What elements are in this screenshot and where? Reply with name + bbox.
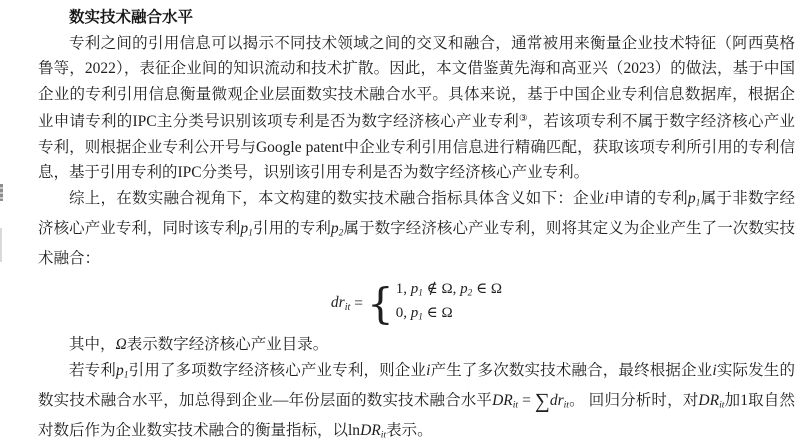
scan-artifact-dark: [0, 184, 3, 201]
paragraph-definition: 综上，在数实融合视角下，本文构建的数实技术融合指标具体含义如下：企业i申请的专利…: [38, 186, 795, 272]
paragraph-patent-citation: 专利之间的引用信息可以揭示不同技术领域之间的交叉和融合，通常被用来衡量企业技术特…: [38, 31, 795, 186]
text-column: 数实技术融合水平 专利之间的引用信息可以揭示不同技术领域之间的交叉和融合，通常被…: [38, 5, 795, 447]
formula-lhs: drit: [331, 294, 350, 313]
formula-equals: =: [354, 295, 363, 313]
formula-brace-icon: {: [367, 286, 394, 322]
paragraph-omega-note: 其中，Ω表示数字经济核心产业目录。: [38, 332, 795, 357]
formula-case-1: 1, p1 ∉ Ω, p2 ∈ Ω: [396, 280, 502, 304]
scan-artifact-light: [0, 228, 2, 262]
document-page: 数实技术融合水平 专利之间的引用信息可以揭示不同技术领域之间的交叉和融合，通常被…: [0, 0, 802, 447]
section-heading: 数实技术融合水平: [38, 5, 795, 31]
formula-dr: drit = { 1, p1 ∉ Ω, p2 ∈ Ω 0, p1 ∈ Ω: [38, 280, 795, 327]
formula-cases: 1, p1 ∉ Ω, p2 ∈ Ω 0, p1 ∈ Ω: [396, 280, 502, 327]
paragraph-aggregation: 若专利p1引用了多项数字经济核心产业专利，则企业i产生了多次数实技术融合，最终根…: [38, 358, 795, 447]
formula-case-2: 0, p1 ∈ Ω: [396, 304, 502, 328]
